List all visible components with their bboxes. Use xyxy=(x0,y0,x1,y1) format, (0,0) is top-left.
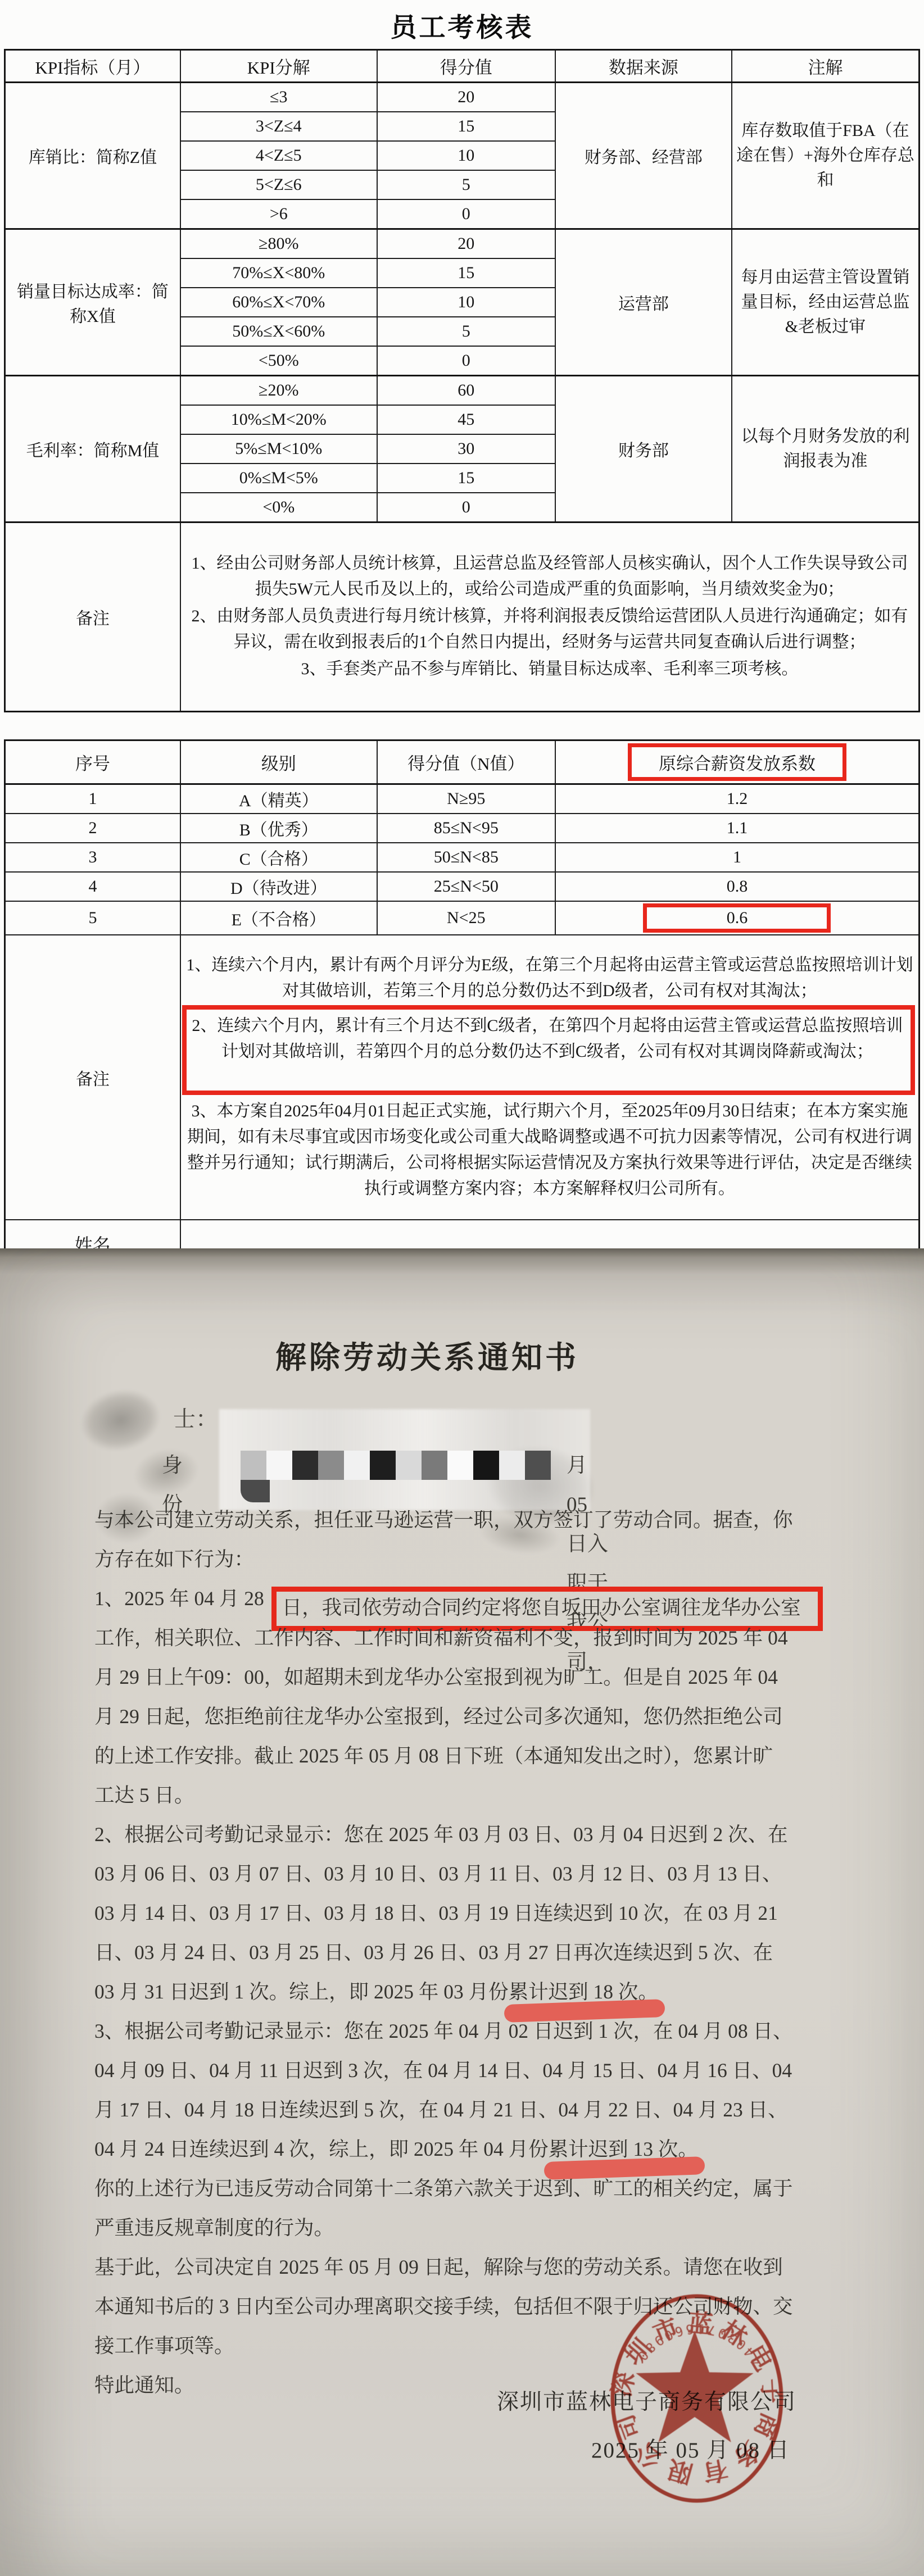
doc2-text-segment: 04 月 09 日、04 月 11 日迟到 3 次，在 04 月 14 日、04… xyxy=(94,2059,792,2082)
note-cell: 库存数取值于FBA（在途在售）+海外仓库存总和 xyxy=(732,83,920,229)
grade-data-cell: 25≤N<50 xyxy=(377,872,555,901)
doc2-line: 工作，相关职位、工作内容、工作时间和薪资福利不变，报到时间为 2025 年 04 xyxy=(94,1618,776,1657)
kpi-header-cell: KPI分解 xyxy=(180,50,377,83)
grade-data-row: 1A（精英）N≥951.2 xyxy=(5,784,920,814)
remark-label-cell: 备注 xyxy=(5,935,180,1220)
doc2-line: 03 月 14 日、03 月 17 日、03 月 18 日、03 月 19 日连… xyxy=(94,1893,776,1933)
kpi-score-cell: 20 xyxy=(377,229,555,259)
doc2-line: 与本公司建立劳动关系，担任亚马逊运营一职，双方签订了劳动合同。据查，你 xyxy=(94,1500,776,1539)
doc2-text-segment: 月 17 日、04 月 18 日连续迟到 5 次，在 04 月 21 日、04 … xyxy=(94,2098,788,2121)
grade-data-cell: 85≤N<95 xyxy=(377,814,555,843)
kpi-score-cell: 45 xyxy=(377,405,555,434)
doc2-text-segment: 工作，相关职位、工作内容、工作时间和薪资福利不变，报到时间为 2025 年 04 xyxy=(94,1627,788,1649)
doc2-line: 严重违反规章制度的行为。 xyxy=(94,2208,776,2247)
grade-data-row: 3C（合格）50≤N<851 xyxy=(5,843,920,872)
grade-data-cell: D（待改进） xyxy=(180,872,377,901)
data-source-cell: 财务部、经营部 xyxy=(555,83,732,229)
highlight-stroke: 累计迟到 18 次。 xyxy=(509,1980,658,2003)
kpi-score-cell: 15 xyxy=(377,464,555,493)
mosaic-block xyxy=(525,1451,551,1480)
salutation-text: 士： xyxy=(173,1401,218,1433)
grade-header-cell: 级别 xyxy=(180,740,377,784)
kpi-indicator-cell: 销量目标达成率：简称X值 xyxy=(5,229,180,376)
grade-data-cell: 1.1 xyxy=(555,814,920,843)
mosaic-block xyxy=(318,1451,344,1480)
doc2-line: 你的上述行为已违反劳动合同第十二条第六款关于迟到、旷工的相关约定，属于 xyxy=(94,2169,776,2208)
remark-paragraph: 2、连续六个月内，累计有三个月达不到C级者，在第四个月起将由运营主管或运营总监按… xyxy=(191,1013,904,1065)
kpi-score-cell: 5 xyxy=(377,317,555,346)
doc2-line: 03 月 06 日、03 月 07 日、03 月 10 日、03 月 11 日、… xyxy=(94,1854,776,1893)
data-source-cell: 财务部 xyxy=(555,376,732,523)
doc2-line: 03 月 31 日迟到 1 次。综上，即 2025 年 03 月份累计迟到 18… xyxy=(94,1972,776,2011)
termination-notice-title: 解除劳动关系通知书 xyxy=(0,1333,854,1377)
kpi-score-cell: 60 xyxy=(377,376,555,406)
doc2-text-segment: 3、根据公司考勤记录显示：您在 2025 年 04 月 02 日迟到 1 次，在… xyxy=(94,2020,793,2042)
doc2-text-segment: 日、03 月 24 日、03 月 25 日、03 月 26 日、03 月 27 … xyxy=(94,1941,773,1964)
grade-table: 序号级别得分值（N值）原综合薪资发放系数1A（精英）N≥951.22B（优秀）8… xyxy=(4,739,920,1269)
kpi-score-cell: 20 xyxy=(377,83,555,112)
grade-data-cell: N<25 xyxy=(377,901,555,935)
kpi-header-cell: 数据来源 xyxy=(555,50,732,83)
kpi-header-row: KPI指标（月）KPI分解得分值数据来源注解 xyxy=(5,50,920,83)
grade-data-cell: 0.6 xyxy=(555,901,920,935)
doc2-text-segment: 基于此，公司决定自 2025 年 05 月 09 日起，解除与您的劳动关系。请您… xyxy=(94,2256,783,2278)
kpi-indicator-cell: 库销比：简称Z值 xyxy=(5,83,180,229)
note-cell: 每月由运营主管设置销量目标，经由运营总监&老板过审 xyxy=(732,229,920,376)
doc2-text-segment: 03 月 14 日、03 月 17 日、03 月 18 日、03 月 19 日连… xyxy=(94,1902,778,1924)
doc2-line: 日、03 月 24 日、03 月 25 日、03 月 26 日、03 月 27 … xyxy=(94,1933,776,1972)
grade-data-cell: 1.2 xyxy=(555,784,920,814)
doc2-text-segment: 接工作事项等。 xyxy=(94,2334,234,2357)
grade-data-cell: 1 xyxy=(5,784,180,814)
doc2-text-segment: 月 29 日上午09：00，如超期未到龙华办公室报到视为旷工。但是自 2025 … xyxy=(94,1666,778,1688)
doc2-text-segment: 03 月 31 日迟到 1 次。综上，即 2025 年 03 月份 xyxy=(94,1980,509,2003)
grade-data-cell: B（优秀） xyxy=(180,814,377,843)
remark-paragraph: 2、由财务部人员负责进行每月统计核算，并将利润报表反馈给运营团队人员进行沟通确定… xyxy=(184,603,915,655)
doc2-text-segment: 2、根据公司考勤记录显示：您在 2025 年 03 月 03 日、03 月 04… xyxy=(94,1823,788,1846)
grade-data-row: 5E（不合格）N<250.6 xyxy=(5,901,920,935)
mosaic-block xyxy=(292,1451,318,1480)
red-annotation-box: 0.6 xyxy=(643,903,831,933)
kpi-header-cell: 得分值 xyxy=(377,50,555,83)
kpi-range-cell: >6 xyxy=(180,199,377,229)
doc2-line: 3、根据公司考勤记录显示：您在 2025 年 04 月 02 日迟到 1 次，在… xyxy=(94,2011,776,2051)
kpi-header-cell: 注解 xyxy=(732,50,920,83)
company-stamp: 4403071660980608 深圳市蓝林电子商务有限公司 xyxy=(600,2288,796,2511)
doc2-line: 2、根据公司考勤记录显示：您在 2025 年 03 月 03 日、03 月 04… xyxy=(94,1815,776,1854)
mosaic-block xyxy=(422,1451,447,1480)
kpi-indicator-cell: 毛利率：简称M值 xyxy=(5,376,180,523)
remark-row: 备注1、连续六个月内，累计有两个月评分为E级，在第三个月起将由运营主管或运营总监… xyxy=(5,935,920,1220)
doc2-text-segment: 的上述工作安排。截止 2025 年 05 月 08 日下班（本通知发出之时），您… xyxy=(94,1744,773,1767)
remark-row: 备注1、经由公司财务部人员统计核算，且运营总监及经管部人员核实确认，因个人工作失… xyxy=(5,523,920,712)
kpi-table-body: KPI指标（月）KPI分解得分值数据来源注解库销比：简称Z值≤320财务部、经营… xyxy=(5,50,920,712)
doc2-line: 月 29 日起，您拒绝前往龙华办公室报到，经过公司多次通知，您仍然拒绝公司 xyxy=(94,1697,776,1736)
doc2-text-segment: 特此通知。 xyxy=(94,2374,194,2396)
mosaic-block xyxy=(344,1451,370,1480)
grade-data-cell: 1 xyxy=(555,843,920,872)
remark-content-cell: 1、经由公司财务部人员统计核算，且运营总监及经管部人员核实确认，因个人工作失误导… xyxy=(180,523,920,712)
kpi-score-cell: 10 xyxy=(377,288,555,317)
grade-data-row: 4D（待改进）25≤N<500.8 xyxy=(5,872,920,901)
kpi-range-cell: <50% xyxy=(180,346,377,376)
kpi-score-cell: 0 xyxy=(377,346,555,376)
redaction-mosaic xyxy=(241,1451,551,1480)
doc2-text-segment: 方存在如下行为： xyxy=(94,1548,254,1570)
grade-data-cell: 2 xyxy=(5,814,180,843)
grade-data-cell: 0.8 xyxy=(555,872,920,901)
grade-data-cell: 50≤N<85 xyxy=(377,843,555,872)
grade-data-cell: 4 xyxy=(5,872,180,901)
notice-body: 与本公司建立劳动关系，担任亚马逊运营一职，双方签订了劳动合同。据查，你方存在如下… xyxy=(94,1500,776,2405)
appraisal-form-title: 员工考核表 xyxy=(4,0,920,49)
mosaic-block xyxy=(447,1451,473,1480)
kpi-table: KPI指标（月）KPI分解得分值数据来源注解库销比：简称Z值≤320财务部、经营… xyxy=(4,49,920,712)
kpi-range-cell: ≥20% xyxy=(180,376,377,406)
mosaic-block xyxy=(266,1451,292,1480)
kpi-score-cell: 10 xyxy=(377,141,555,170)
kpi-data-row: 销量目标达成率：简称X值≥80%20运营部每月由运营主管设置销量目标，经由运营总… xyxy=(5,229,920,259)
grade-data-cell: 3 xyxy=(5,843,180,872)
kpi-range-cell: 10%≤M<20% xyxy=(180,405,377,434)
remark-paragraph: 1、经由公司财务部人员统计核算，且运营总监及经管部人员核实确认，因个人工作失误导… xyxy=(184,551,915,602)
remark-label-cell: 备注 xyxy=(5,523,180,712)
grade-table-body: 序号级别得分值（N值）原综合薪资发放系数1A（精英）N≥951.22B（优秀）8… xyxy=(5,740,920,1269)
red-annotation-box: 原综合薪资发放系数 xyxy=(628,743,846,781)
kpi-range-cell: 0%≤M<5% xyxy=(180,464,377,493)
mosaic-block xyxy=(499,1451,525,1480)
kpi-score-cell: 30 xyxy=(377,434,555,464)
kpi-range-cell: ≥80% xyxy=(180,229,377,259)
kpi-range-cell: 4<Z≤5 xyxy=(180,141,377,170)
kpi-score-cell: 0 xyxy=(377,493,555,523)
data-source-cell: 运营部 xyxy=(555,229,732,376)
employee-appraisal-form: 员工考核表 KPI指标（月）KPI分解得分值数据来源注解库销比：简称Z值≤320… xyxy=(0,0,924,1248)
doc2-text-segment: 04 月 24 日连续迟到 4 次，综上，即 2025 年 04 月份 xyxy=(94,2138,549,2160)
doc2-text-segment: 你的上述行为已违反劳动合同第十二条第六款关于迟到、旷工的相关约定，属于 xyxy=(94,2177,793,2200)
doc2-text-segment: 与本公司建立劳动关系，担任亚马逊运营一职，双方签订了劳动合同。据查，你 xyxy=(94,1509,793,1531)
kpi-range-cell: <0% xyxy=(180,493,377,523)
doc2-line: 04 月 24 日连续迟到 4 次，综上，即 2025 年 04 月份累计迟到 … xyxy=(94,2129,776,2169)
remark-content-cell: 1、连续六个月内，累计有两个月评分为E级，在第三个月起将由运营主管或运营总监按照… xyxy=(180,935,920,1220)
grade-data-cell: E（不合格） xyxy=(180,901,377,935)
kpi-range-cell: 50%≤X<60% xyxy=(180,317,377,346)
grade-header-row: 序号级别得分值（N值）原综合薪资发放系数 xyxy=(5,740,920,784)
doc2-text-segment: 月 29 日起，您拒绝前往龙华办公室报到，经过公司多次通知，您仍然拒绝公司 xyxy=(94,1705,783,1728)
doc2-text-segment: 工达 5 日。 xyxy=(94,1784,194,1806)
grade-header-cell: 原综合薪资发放系数 xyxy=(555,740,920,784)
doc2-line: 基于此，公司决定自 2025 年 05 月 09 日起，解除与您的劳动关系。请您… xyxy=(94,2247,776,2287)
mosaic-block xyxy=(241,1451,266,1480)
remark-paragraph: 3、本方案自2025年04月01日起正式实施，试行期六个月，至2025年09月3… xyxy=(184,1098,915,1202)
note-cell: 以每个月财务发放的利润报表为准 xyxy=(732,376,920,523)
grade-data-cell: A（精英） xyxy=(180,784,377,814)
highlight-stroke: 累计迟到 13 次。 xyxy=(549,2138,698,2160)
termination-notice-photo: 解除劳动关系通知书 士： 身份 月 05 日入职于我公司， 与本公司建立劳动关系… xyxy=(0,1248,924,2576)
doc2-text-segment: 1、2025 年 04 月 28 xyxy=(94,1587,269,1610)
kpi-range-cell: 60%≤X<70% xyxy=(180,288,377,317)
kpi-data-row: 库销比：简称Z值≤320财务部、经营部库存数取值于FBA（在途在售）+海外仓库存… xyxy=(5,83,920,112)
doc2-line: 04 月 09 日、04 月 11 日迟到 3 次，在 04 月 14 日、04… xyxy=(94,2051,776,2090)
screenshot-page: 员工考核表 KPI指标（月）KPI分解得分值数据来源注解库销比：简称Z值≤320… xyxy=(0,0,924,2576)
redaction-mosaic-tail xyxy=(241,1480,270,1502)
doc2-line: 月 29 日上午09：00，如超期未到龙华办公室报到视为旷工。但是自 2025 … xyxy=(94,1657,776,1697)
grade-header-cell: 序号 xyxy=(5,740,180,784)
kpi-score-cell: 15 xyxy=(377,112,555,141)
grade-data-row: 2B（优秀）85≤N<951.1 xyxy=(5,814,920,843)
doc2-text-segment: 严重违反规章制度的行为。 xyxy=(94,2216,334,2239)
kpi-range-cell: ≤3 xyxy=(180,83,377,112)
kpi-range-cell: 70%≤X<80% xyxy=(180,258,377,288)
doc2-line: 的上述工作安排。截止 2025 年 05 月 08 日下班（本通知发出之时），您… xyxy=(94,1736,776,1775)
doc2-line: 方存在如下行为： xyxy=(94,1539,776,1579)
remark-paragraph: 1、连续六个月内，累计有两个月评分为E级，在第三个月起将由运营主管或运营总监按照… xyxy=(184,952,915,1004)
mosaic-block xyxy=(370,1451,396,1480)
kpi-range-cell: 5%≤M<10% xyxy=(180,434,377,464)
grade-header-cell: 得分值（N值） xyxy=(377,740,555,784)
remark-paragraph: 3、手套类产品不参与库销比、销量目标达成率、毛利率三项考核。 xyxy=(184,656,915,682)
kpi-score-cell: 15 xyxy=(377,258,555,288)
grade-data-cell: 5 xyxy=(5,901,180,935)
kpi-data-row: 毛利率：简称M值≥20%60财务部以每个月财务发放的利润报表为准 xyxy=(5,376,920,406)
doc2-line: 月 17 日、04 月 18 日连续迟到 5 次，在 04 月 21 日、04 … xyxy=(94,2090,776,2129)
mosaic-block xyxy=(396,1451,422,1480)
kpi-range-cell: 3<Z≤4 xyxy=(180,112,377,141)
doc2-text-segment: 03 月 06 日、03 月 07 日、03 月 10 日、03 月 11 日、… xyxy=(94,1862,782,1885)
red-annotation-box: 2、连续六个月内，累计有三个月达不到C级者，在第四个月起将由运营主管或运营总监按… xyxy=(182,1005,915,1095)
doc2-line: 1、2025 年 04 月 28 日，我司依劳动合同约定将您自坂田办公室调往龙华… xyxy=(94,1579,776,1618)
kpi-range-cell: 5<Z≤6 xyxy=(180,170,377,199)
kpi-score-cell: 5 xyxy=(377,170,555,199)
kpi-score-cell: 0 xyxy=(377,199,555,229)
table-gap xyxy=(4,712,920,739)
mosaic-block xyxy=(473,1451,499,1480)
doc2-line: 工达 5 日。 xyxy=(94,1775,776,1815)
grade-data-cell: N≥95 xyxy=(377,784,555,814)
grade-data-cell: C（合格） xyxy=(180,843,377,872)
kpi-header-cell: KPI指标（月） xyxy=(5,50,180,83)
